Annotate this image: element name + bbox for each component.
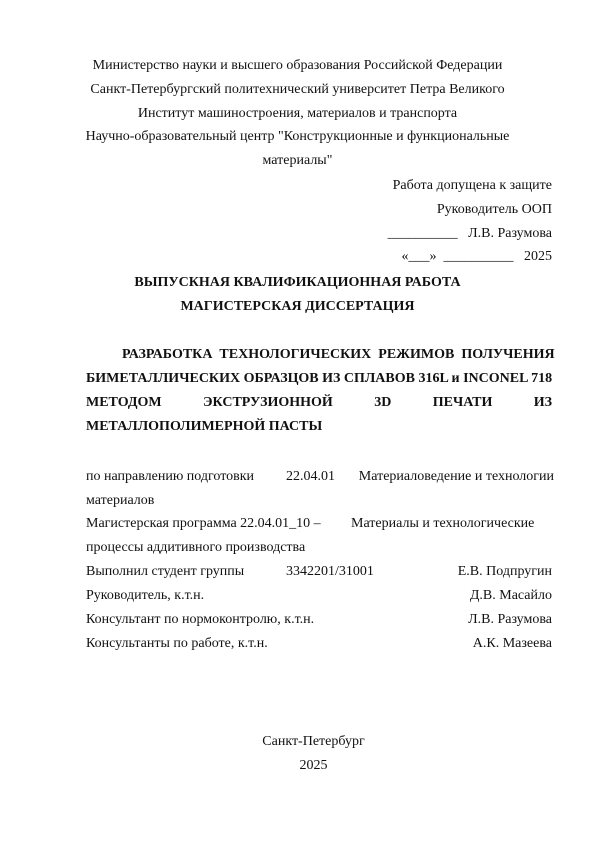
consultants-name: А.К. Мазеева <box>473 635 552 653</box>
thesis-title-word: МЕТОДОМ <box>86 394 162 412</box>
thesis-title-word: ПЕЧАТИ <box>433 394 493 412</box>
program-row: Магистерская программа 22.04.01_10 – Мат… <box>86 515 552 533</box>
approval-year: 2025 <box>524 249 552 264</box>
approval-admitted: Работа допущена к защите <box>393 177 552 195</box>
institute-line: Институт машиностроения, материалов и тр… <box>0 105 595 123</box>
dissertation-heading: МАГИСТЕРСКАЯ ДИССЕРТАЦИЯ <box>0 298 595 316</box>
supervisor-row: Руководитель, к.т.н. Д.В. Масайло <box>86 587 552 605</box>
approval-date-line: «___» __________ 2025 <box>402 248 553 266</box>
head-name: Л.В. Разумова <box>468 226 552 241</box>
program-name-cont: процессы аддитивного производства <box>86 539 305 557</box>
direction-row: по направлению подготовки 22.04.01 Матер… <box>86 468 552 486</box>
direction-code: 22.04.01 <box>286 468 335 486</box>
university-line: Санкт-Петербургский политехнический унив… <box>0 81 595 99</box>
thesis-title-line-2: БИМЕТАЛЛИЧЕСКИХ ОБРАЗЦОВ ИЗ СПЛАВОВ 316L… <box>86 370 552 388</box>
footer-year: 2025 <box>16 757 595 775</box>
date-day-blank: «___» <box>402 249 437 264</box>
thesis-title-word: ИЗ <box>534 394 552 412</box>
work-type-heading: ВЫПУСКНАЯ КВАЛИФИКАЦИОННАЯ РАБОТА <box>0 274 595 292</box>
date-month-blank: __________ <box>444 249 514 264</box>
direction-name: Материаловедение и технологии <box>359 468 554 486</box>
student-row: Выполнил студент группы 3342201/31001 Е.… <box>86 563 552 581</box>
thesis-title-line-3: МЕТОДОМЭКСТРУЗИОННОЙ3DПЕЧАТИИЗ <box>86 394 552 412</box>
thesis-title-word: ЭКСТРУЗИОННОЙ <box>203 394 333 412</box>
student-group: 3342201/31001 <box>286 563 374 581</box>
program-label: Магистерская программа 22.04.01_10 – <box>86 516 321 531</box>
direction-name-cont: материалов <box>86 492 154 510</box>
thesis-title-line-4: МЕТАЛЛОПОЛИМЕРНОЙ ПАСТЫ <box>86 418 322 436</box>
supervisor-name: Д.В. Масайло <box>470 587 552 605</box>
approval-signature-line: __________ Л.В. Разумова <box>388 225 552 243</box>
thesis-title-word: 3D <box>374 394 391 412</box>
program-name: Материалы и технологические <box>351 515 534 533</box>
research-center-line: Научно-образовательный центр "Конструкци… <box>0 128 595 146</box>
thesis-title-line-1: РАЗРАБОТКА ТЕХНОЛОГИЧЕСКИХ РЕЖИМОВ ПОЛУЧ… <box>122 346 552 364</box>
direction-label: по направлению подготовки <box>86 469 254 484</box>
ministry-line: Министерство науки и высшего образования… <box>0 57 595 75</box>
signature-blank: __________ <box>388 226 458 241</box>
normcontrol-row: Консультант по нормоконтролю, к.т.н. Л.В… <box>86 611 552 629</box>
research-center-line-cont: материалы" <box>0 152 595 170</box>
normcontrol-label: Консультант по нормоконтролю, к.т.н. <box>86 612 314 627</box>
student-name: Е.В. Подпругин <box>458 563 552 581</box>
supervisor-label: Руководитель, к.т.н. <box>86 588 204 603</box>
footer-city: Санкт-Петербург <box>16 733 595 751</box>
consultants-label: Консультанты по работе, к.т.н. <box>86 636 268 651</box>
consultants-row: Консультанты по работе, к.т.н. А.К. Мазе… <box>86 635 552 653</box>
approval-head-title: Руководитель ООП <box>437 201 552 219</box>
student-label: Выполнил студент группы <box>86 564 244 579</box>
normcontrol-name: Л.В. Разумова <box>468 611 552 629</box>
